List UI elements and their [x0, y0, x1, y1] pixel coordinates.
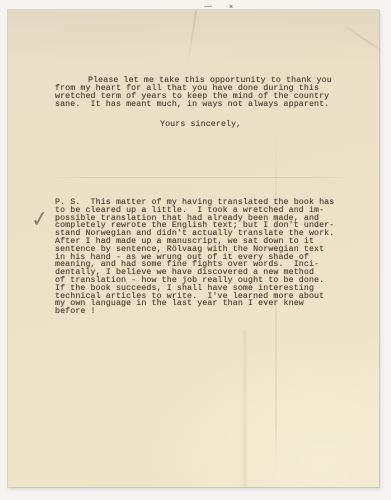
typed-line: sane. It has meant much, in ways not alw…: [55, 101, 332, 109]
typed-line: before !: [55, 308, 334, 316]
pencil-mark-cross: [229, 4, 233, 8]
paper-crease-top-left: [187, 10, 198, 65]
typed-line: my own language in the last year than I …: [55, 300, 334, 308]
margin-checkmark: ✓: [30, 208, 50, 232]
paper-fold-line: [53, 177, 348, 178]
pencil-mark-dash: [204, 6, 212, 8]
paper-streak: [241, 330, 248, 487]
paper-crease-top-right: [342, 24, 386, 55]
scan-background: Please let me take this opportunity to t…: [0, 0, 391, 500]
letter-page: Please let me take this opportunity to t…: [8, 10, 379, 487]
postscript-paragraph: P. S. This matter of my having translate…: [55, 199, 334, 316]
letter-body-paragraph: Please let me take this opportunity to t…: [55, 77, 332, 109]
letter-closing: Yours sincerely,: [160, 121, 241, 129]
